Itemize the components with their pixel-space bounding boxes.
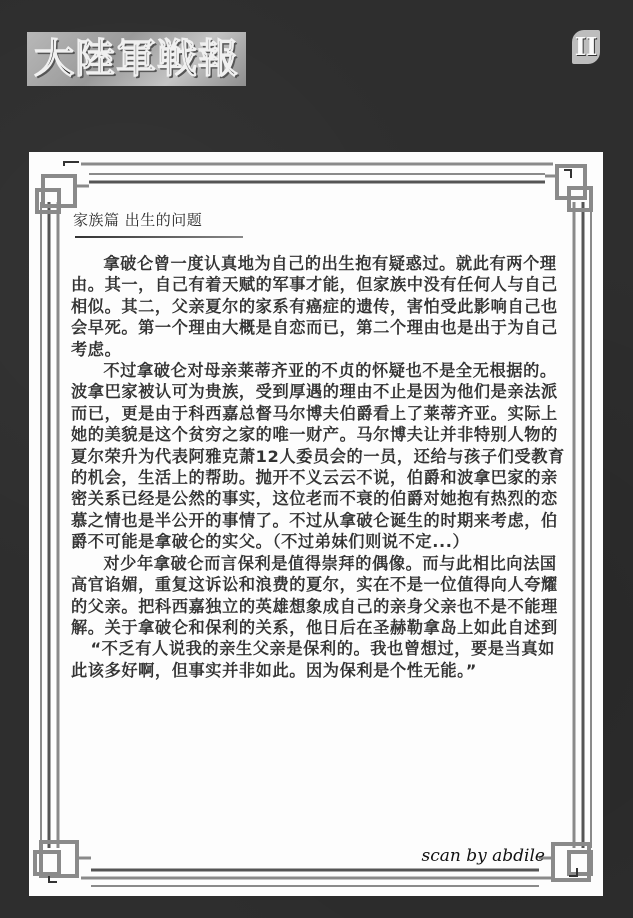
scan-credit: scan by abdile (422, 846, 545, 866)
paragraph: 对少年拿破仑而言保利是值得崇拜的偶像。而与此相比向法国高官谄媚，重复这诉讼和浪费… (71, 553, 571, 639)
series-title: 大陸軍戦報 (34, 39, 239, 79)
quote-paragraph: “不乏有人说我的亲生父亲是保利的。我也曾想过，要是当真如此该多好啊，但事实并非如… (71, 638, 571, 681)
volume-numeral: II (575, 35, 597, 59)
volume-badge: II (572, 30, 600, 64)
section-divider (75, 236, 243, 238)
article-page: 家族篇 出生的问题 拿破仑曾一度认真地为自己的出生抱有疑惑过。就此有两个理由。其… (29, 152, 603, 896)
article-body: 拿破仑曾一度认真地为自己的出生抱有疑惑过。就此有两个理由。其一，自己有着天赋的军… (71, 253, 571, 681)
section-title: 家族篇 出生的问题 (73, 209, 202, 230)
series-title-badge: 大陸軍戦報 (27, 32, 246, 86)
paragraph: 不过拿破仑对母亲莱蒂齐亚的不贞的怀疑也不是全无根据的。波拿巴家被认可为贵族，受到… (71, 360, 571, 553)
paragraph: 拿破仑曾一度认真地为自己的出生抱有疑惑过。就此有两个理由。其一，自己有着天赋的军… (71, 253, 571, 360)
